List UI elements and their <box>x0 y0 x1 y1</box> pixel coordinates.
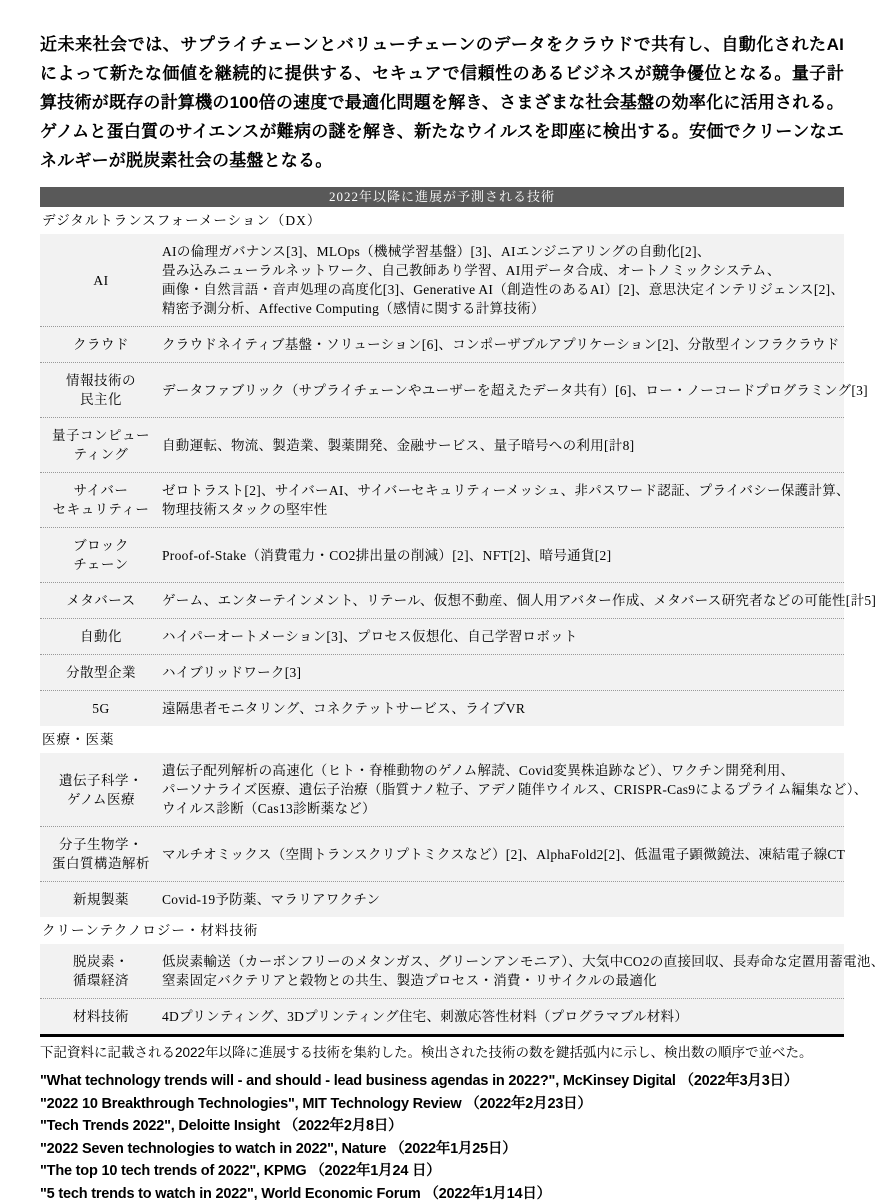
table-row: ブロックチェーンProof-of-Stake（消費電力・CO2排出量の削減）[2… <box>40 527 844 582</box>
row-content: ゼロトラスト[2]、サイバーAI、サイバーセキュリティーメッシュ、非パスワード認… <box>162 481 856 519</box>
table-row: AIAIの倫理ガバナンス[3]、MLOps（機械学習基盤）[3]、AIエンジニア… <box>40 234 844 326</box>
table-body: デジタルトランスフォーメーション（DX）AIAIの倫理ガバナンス[3]、MLOp… <box>40 207 844 1034</box>
content-line: AIの倫理ガバナンス[3]、MLOps（機械学習基盤）[3]、AIエンジニアリン… <box>162 242 844 261</box>
row-category: 量子コンピューティング <box>40 426 162 464</box>
category-label: ゲノム医療 <box>40 790 162 809</box>
document-page: 近未来社会では、サプライチェーンとバリューチェーンのデータをクラウドで共有し、自… <box>0 0 880 1200</box>
source-list: "What technology trends will - and shoul… <box>40 1070 844 1200</box>
content-line: データファブリック（サプライチェーンやユーザーを超えたデータ共有）[6]、ロー・… <box>162 381 868 400</box>
category-label: 材料技術 <box>40 1007 162 1026</box>
category-label: 量子コンピュー <box>40 426 162 445</box>
source-citation: "5 tech trends to watch in 2022", World … <box>40 1183 844 1200</box>
source-citation: "2022 10 Breakthrough Technologies", MIT… <box>40 1093 844 1116</box>
row-content: 低炭素輸送（カーボンフリーのメタンガス、グリーンアンモニア）、大気中CO2の直接… <box>162 952 880 990</box>
category-label: 分散型企業 <box>40 663 162 682</box>
content-line: 畳み込みニューラルネットワーク、自己教師あり学習、AI用データ合成、オートノミッ… <box>162 261 844 280</box>
row-content: 遺伝子配列解析の高速化（ヒト・脊椎動物のゲノム解読、Covid変異株追跡など）、… <box>162 761 874 818</box>
category-label: 蛋白質構造解析 <box>40 854 162 873</box>
row-content: データファブリック（サプライチェーンやユーザーを超えたデータ共有）[6]、ロー・… <box>162 381 874 400</box>
source-citation: "What technology trends will - and shoul… <box>40 1070 844 1093</box>
content-line: 低炭素輸送（カーボンフリーのメタンガス、グリーンアンモニア）、大気中CO2の直接… <box>162 952 880 971</box>
source-citation: "Tech Trends 2022", Deloitte Insight （20… <box>40 1115 844 1138</box>
table-title: 2022年以降に進展が予測される技術 <box>40 187 844 207</box>
row-category: 分子生物学・蛋白質構造解析 <box>40 835 162 873</box>
table-row: 情報技術の民主化データファブリック（サプライチェーンやユーザーを超えたデータ共有… <box>40 362 844 417</box>
table-row: 新規製薬Covid-19予防薬、マラリアワクチン <box>40 881 844 917</box>
category-label: ブロック <box>40 536 162 555</box>
content-line: パーソナライズ医療、遺伝子治療（脂質ナノ粒子、アデノ随伴ウイルス、CRISPR-… <box>162 780 868 799</box>
category-label: 5G <box>40 699 162 718</box>
content-line: 精密予測分析、Affective Computing（感情に関する計算技術） <box>162 299 844 318</box>
content-line: Covid-19予防薬、マラリアワクチン <box>162 890 838 909</box>
category-label: 自動化 <box>40 627 162 646</box>
row-content: Proof-of-Stake（消費電力・CO2排出量の削減）[2]、NFT[2]… <box>162 546 844 565</box>
content-line: 画像・自然言語・音声処理の高度化[3]、Generative AI（創造性のある… <box>162 280 844 299</box>
content-line: 遠隔患者モニタリング、コネクテットサービス、ライブVR <box>162 699 838 718</box>
content-line: 4Dプリンティング、3Dプリンティング住宅、刺激応答性材料（プログラマブル材料） <box>162 1007 838 1026</box>
table-row: 脱炭素・循環経済低炭素輸送（カーボンフリーのメタンガス、グリーンアンモニア）、大… <box>40 944 844 998</box>
table-row: メタバースゲーム、エンターテインメント、リテール、仮想不動産、個人用アバター作成… <box>40 582 844 618</box>
category-label: 情報技術の <box>40 371 162 390</box>
content-line: 遺伝子配列解析の高速化（ヒト・脊椎動物のゲノム解読、Covid変異株追跡など）、… <box>162 761 868 780</box>
row-category: 情報技術の民主化 <box>40 371 162 409</box>
category-label: 分子生物学・ <box>40 835 162 854</box>
row-category: メタバース <box>40 591 162 610</box>
row-category: 新規製薬 <box>40 890 162 909</box>
row-content: ハイパーオートメーション[3]、プロセス仮想化、自己学習ロボット <box>162 627 844 646</box>
table-row: 材料技術4Dプリンティング、3Dプリンティング住宅、刺激応答性材料（プログラマブ… <box>40 998 844 1034</box>
category-label: セキュリティー <box>40 500 162 519</box>
row-category: 脱炭素・循環経済 <box>40 952 162 990</box>
row-content: 自動運転、物流、製造業、製薬開発、金融サービス、量子暗号への利用[計8] <box>162 436 844 455</box>
content-line: 窒素固定バクテリアと穀物との共生、製造プロセス・消費・リサイクルの最適化 <box>162 971 880 990</box>
row-category: 分散型企業 <box>40 663 162 682</box>
source-citation: "2022 Seven technologies to watch in 202… <box>40 1138 844 1161</box>
section-label: 医療・医薬 <box>40 726 844 753</box>
category-label: 遺伝子科学・ <box>40 771 162 790</box>
row-content: Covid-19予防薬、マラリアワクチン <box>162 890 844 909</box>
intro-paragraph: 近未来社会では、サプライチェーンとバリューチェーンのデータをクラウドで共有し、自… <box>40 30 844 175</box>
category-label: クラウド <box>40 335 162 354</box>
section-label: クリーンテクノロジー・材料技術 <box>40 917 844 944</box>
row-content: 4Dプリンティング、3Dプリンティング住宅、刺激応答性材料（プログラマブル材料） <box>162 1007 844 1026</box>
table-row: 量子コンピューティング自動運転、物流、製造業、製薬開発、金融サービス、量子暗号へ… <box>40 417 844 472</box>
table-row: クラウドクラウドネイティブ基盤・ソリューション[6]、コンポーザブルアプリケーシ… <box>40 326 844 362</box>
row-category: サイバーセキュリティー <box>40 481 162 519</box>
row-category: ブロックチェーン <box>40 536 162 574</box>
content-line: 物理技術スタックの堅牢性 <box>162 500 850 519</box>
category-label: ティング <box>40 445 162 464</box>
row-category: 5G <box>40 699 162 718</box>
content-line: Proof-of-Stake（消費電力・CO2排出量の削減）[2]、NFT[2]… <box>162 546 838 565</box>
content-line: ハイパーオートメーション[3]、プロセス仮想化、自己学習ロボット <box>162 627 838 646</box>
content-line: クラウドネイティブ基盤・ソリューション[6]、コンポーザブルアプリケーション[2… <box>162 335 840 354</box>
row-content: AIの倫理ガバナンス[3]、MLOps（機械学習基盤）[3]、AIエンジニアリン… <box>162 242 850 318</box>
row-content: ハイブリッドワーク[3] <box>162 663 844 682</box>
table-row: 5G遠隔患者モニタリング、コネクテットサービス、ライブVR <box>40 690 844 726</box>
row-category: 材料技術 <box>40 1007 162 1026</box>
row-content: 遠隔患者モニタリング、コネクテットサービス、ライブVR <box>162 699 844 718</box>
content-line: ウイルス診断（Cas13診断薬など） <box>162 799 868 818</box>
table-row: 自動化ハイパーオートメーション[3]、プロセス仮想化、自己学習ロボット <box>40 618 844 654</box>
tech-table: 2022年以降に進展が予測される技術 デジタルトランスフォーメーション（DX）A… <box>40 187 844 1037</box>
source-citation: "The top 10 tech trends of 2022", KPMG （… <box>40 1160 844 1183</box>
category-label: 脱炭素・ <box>40 952 162 971</box>
row-category: AI <box>40 271 162 290</box>
category-label: サイバー <box>40 481 162 500</box>
content-line: マルチオミックス（空間トランスクリプトミクスなど）[2]、AlphaFold2[… <box>162 845 845 864</box>
category-label: チェーン <box>40 555 162 574</box>
row-content: ゲーム、エンターテインメント、リテール、仮想不動産、個人用アバター作成、メタバー… <box>162 591 880 610</box>
table-row: 遺伝子科学・ゲノム医療遺伝子配列解析の高速化（ヒト・脊椎動物のゲノム解読、Cov… <box>40 753 844 826</box>
category-label: メタバース <box>40 591 162 610</box>
row-content: マルチオミックス（空間トランスクリプトミクスなど）[2]、AlphaFold2[… <box>162 845 851 864</box>
section-label: デジタルトランスフォーメーション（DX） <box>40 207 844 234</box>
category-label: 民主化 <box>40 390 162 409</box>
category-label: 循環経済 <box>40 971 162 990</box>
content-line: ゼロトラスト[2]、サイバーAI、サイバーセキュリティーメッシュ、非パスワード認… <box>162 481 850 500</box>
row-category: 遺伝子科学・ゲノム医療 <box>40 771 162 809</box>
content-line: 自動運転、物流、製造業、製薬開発、金融サービス、量子暗号への利用[計8] <box>162 436 838 455</box>
content-line: ゲーム、エンターテインメント、リテール、仮想不動産、個人用アバター作成、メタバー… <box>162 591 876 610</box>
row-content: クラウドネイティブ基盤・ソリューション[6]、コンポーザブルアプリケーション[2… <box>162 335 846 354</box>
category-label: AI <box>40 271 162 290</box>
table-row: 分散型企業ハイブリッドワーク[3] <box>40 654 844 690</box>
row-category: クラウド <box>40 335 162 354</box>
row-category: 自動化 <box>40 627 162 646</box>
category-label: 新規製薬 <box>40 890 162 909</box>
content-line: ハイブリッドワーク[3] <box>162 663 838 682</box>
table-row: サイバーセキュリティーゼロトラスト[2]、サイバーAI、サイバーセキュリティーメ… <box>40 472 844 527</box>
footnote: 下記資料に記載される2022年以降に進展する技術を集約した。検出された技術の数を… <box>40 1044 844 1062</box>
table-row: 分子生物学・蛋白質構造解析マルチオミックス（空間トランスクリプトミクスなど）[2… <box>40 826 844 881</box>
